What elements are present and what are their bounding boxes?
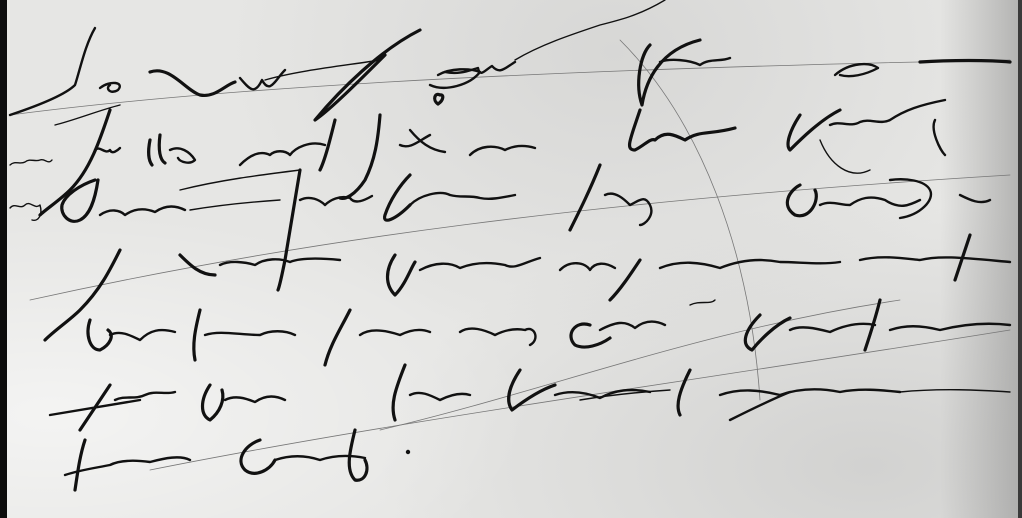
line-7-strokes: [65, 430, 410, 490]
handwriting-ink: [0, 0, 1022, 518]
line-1-strokes: [10, 0, 1010, 125]
final-period: [406, 450, 410, 454]
line-6-strokes: [50, 365, 1010, 430]
line-5-strokes: [88, 300, 1010, 365]
manuscript-page: Jeanne Soulhy Le vingt et unième jour de…: [0, 0, 1022, 518]
